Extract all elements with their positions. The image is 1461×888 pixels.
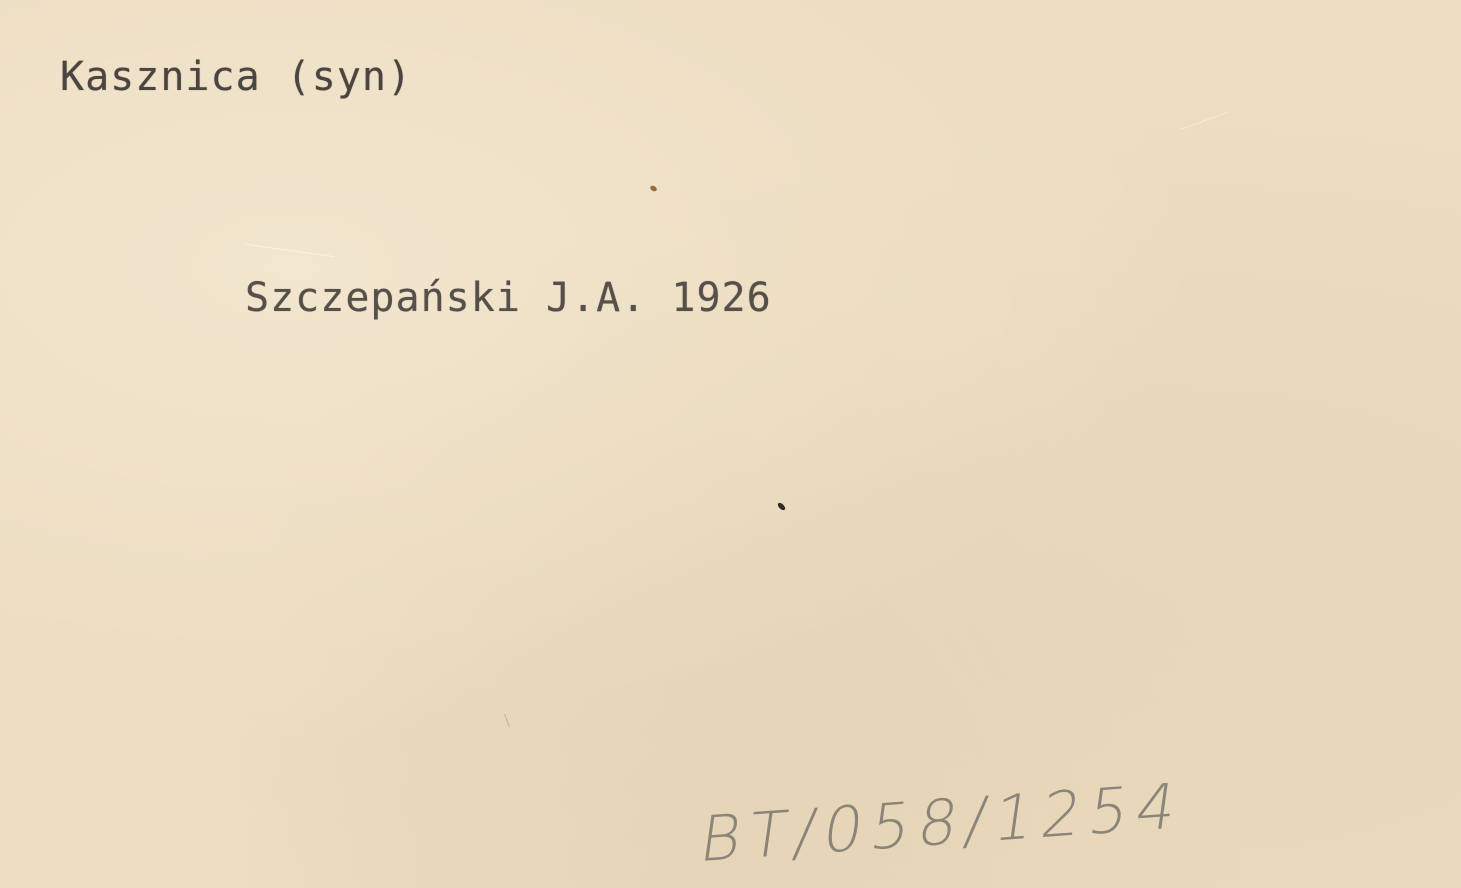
paper-fiber — [245, 244, 334, 258]
handwritten-shelfmark: BT/058/1254 — [695, 769, 1189, 877]
paper-stain-mark — [649, 185, 658, 193]
heading-qualifier: (syn) — [287, 54, 412, 100]
bibliographic-citation: Szczepański J.A. 1926 — [245, 273, 772, 323]
ink-spot-mark — [777, 502, 787, 512]
paper-fiber — [504, 714, 510, 727]
heading-term: Kasznica — [60, 54, 261, 100]
index-card: Kasznica(syn) Szczepański J.A. 1926 BT/0… — [0, 0, 1461, 888]
paper-fiber — [1181, 111, 1228, 129]
card-heading: Kasznica(syn) — [60, 52, 412, 102]
